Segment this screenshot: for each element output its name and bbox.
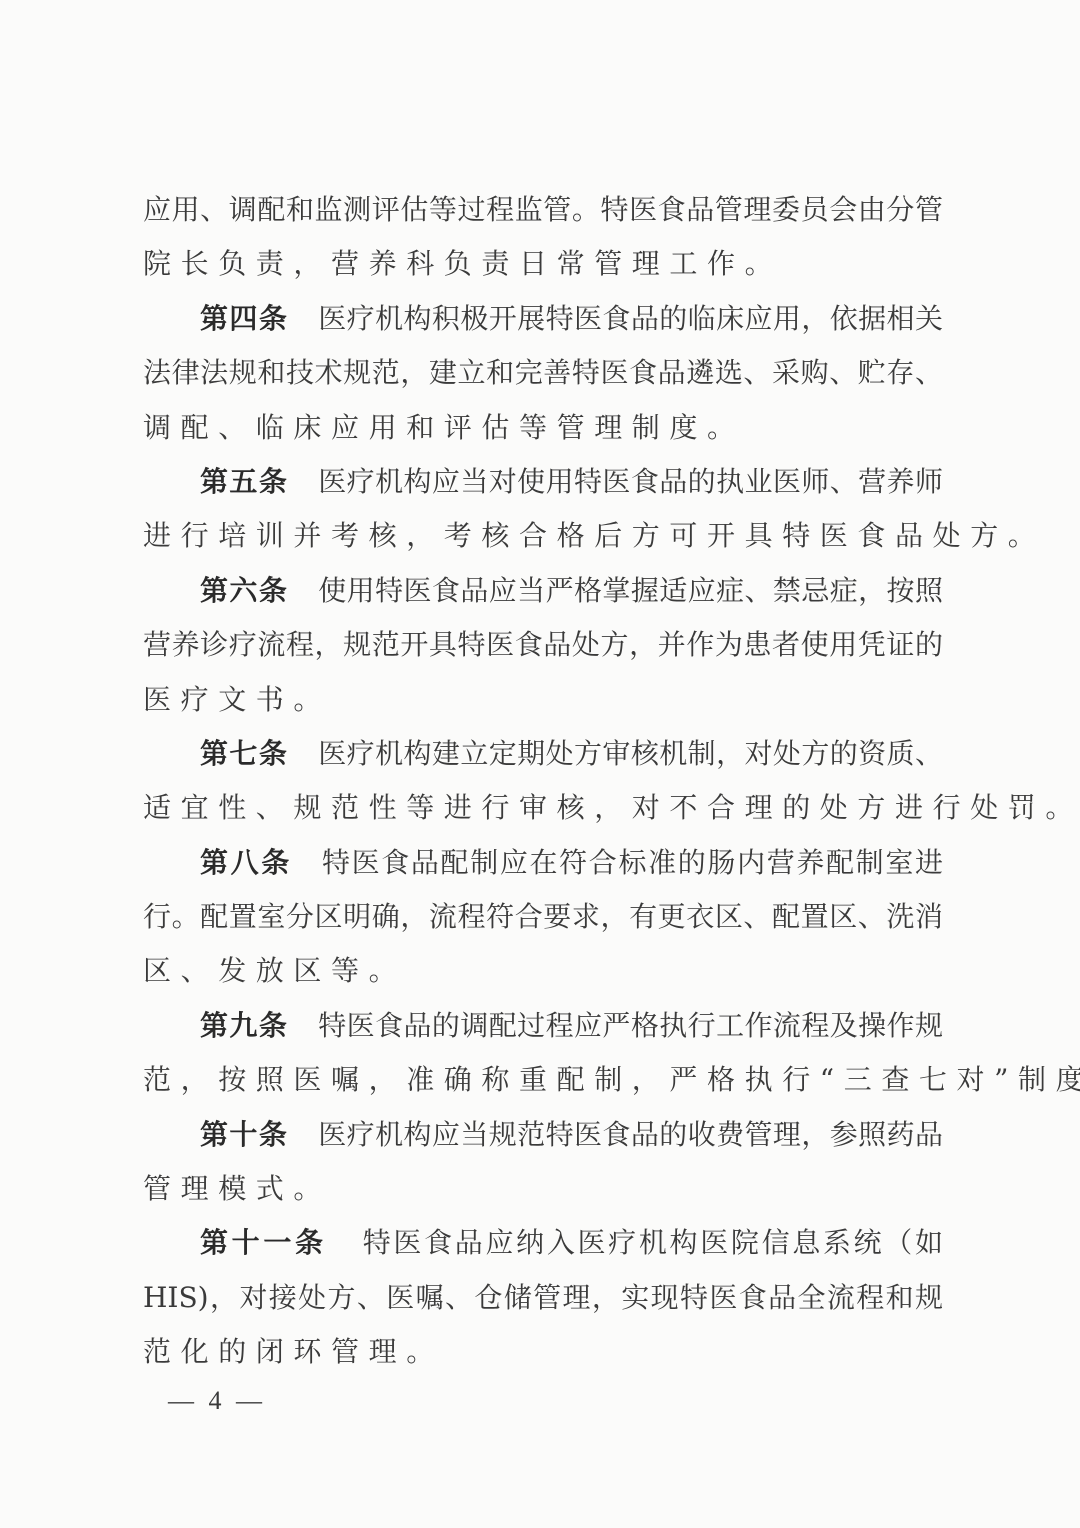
article-7-heading-line: 第七条医疗机构建立定期处方审核机制，对处方的资质、	[143, 727, 943, 781]
article-text: 医疗机构应当规范特医食品的收费管理，参照药品	[318, 1118, 943, 1151]
document-body: 应用、调配和监测评估等过程监管。特医食品管理委员会由分管 院长负责，营养科负责日…	[143, 183, 943, 1380]
paragraph-line: 范化的闭环管理。	[143, 1325, 943, 1379]
article-8-heading-line: 第八条特医食品配制应在符合标准的肠内营养配制室进	[143, 836, 943, 890]
paragraph-line: 医疗文书。	[143, 673, 943, 727]
article-text: 特医食品的调配过程应严格执行工作流程及操作规	[318, 1009, 943, 1042]
article-number: 第十一条	[200, 1226, 327, 1259]
paragraph-line: HIS)，对接处方、医嘱、仓储管理，实现特医食品全流程和规	[143, 1271, 943, 1325]
article-text: 特医食品配制应在符合标准的肠内营养配制室进	[322, 846, 943, 879]
paragraph-line: 范，按照医嘱，准确称重配制，严格执行“三查七对”制度。	[143, 1053, 943, 1107]
paragraph-line: 行。配置室分区明确，流程符合要求，有更衣区、配置区、洗消	[143, 890, 943, 944]
article-number: 第五条	[200, 465, 288, 498]
article-text: 医疗机构积极开展特医食品的临床应用，依据相关	[318, 302, 943, 335]
paragraph-line: 院长负责，营养科负责日常管理工作。	[143, 237, 943, 291]
article-11-heading-line: 第十一条特医食品应纳入医疗机构医院信息系统（如	[143, 1216, 943, 1270]
article-text: 特医食品应纳入医疗机构医院信息系统（如	[363, 1226, 943, 1259]
article-number: 第八条	[200, 846, 292, 879]
article-number: 第六条	[200, 574, 288, 607]
article-4-heading-line: 第四条医疗机构积极开展特医食品的临床应用，依据相关	[143, 292, 943, 346]
article-number: 第十条	[200, 1118, 288, 1151]
article-number: 第九条	[200, 1009, 288, 1042]
page-number: — 4 —	[168, 1386, 266, 1416]
article-9-heading-line: 第九条特医食品的调配过程应严格执行工作流程及操作规	[143, 999, 943, 1053]
paragraph-line: 管理模式。	[143, 1162, 943, 1216]
article-text: 使用特医食品应当严格掌握适应症、禁忌症，按照	[318, 574, 943, 607]
paragraph-line: 营养诊疗流程，规范开具特医食品处方，并作为患者使用凭证的	[143, 618, 943, 672]
article-6-heading-line: 第六条使用特医食品应当严格掌握适应症、禁忌症，按照	[143, 564, 943, 618]
paragraph-line: 应用、调配和监测评估等过程监管。特医食品管理委员会由分管	[143, 183, 943, 237]
paragraph-line: 区、发放区等。	[143, 944, 943, 998]
article-text: 医疗机构建立定期处方审核机制，对处方的资质、	[318, 737, 943, 770]
paragraph-line: 调配、临床应用和评估等管理制度。	[143, 401, 943, 455]
article-number: 第四条	[200, 302, 288, 335]
paragraph-line: 进行培训并考核，考核合格后方可开具特医食品处方。	[143, 509, 943, 563]
article-number: 第七条	[200, 737, 288, 770]
article-5-heading-line: 第五条医疗机构应当对使用特医食品的执业医师、营养师	[143, 455, 943, 509]
paragraph-line: 适宜性、规范性等进行审核，对不合理的处方进行处罚。	[143, 781, 943, 835]
paragraph-line: 法律法规和技术规范，建立和完善特医食品遴选、采购、贮存、	[143, 346, 943, 400]
article-10-heading-line: 第十条医疗机构应当规范特医食品的收费管理，参照药品	[143, 1108, 943, 1162]
article-text: 医疗机构应当对使用特医食品的执业医师、营养师	[318, 465, 943, 498]
